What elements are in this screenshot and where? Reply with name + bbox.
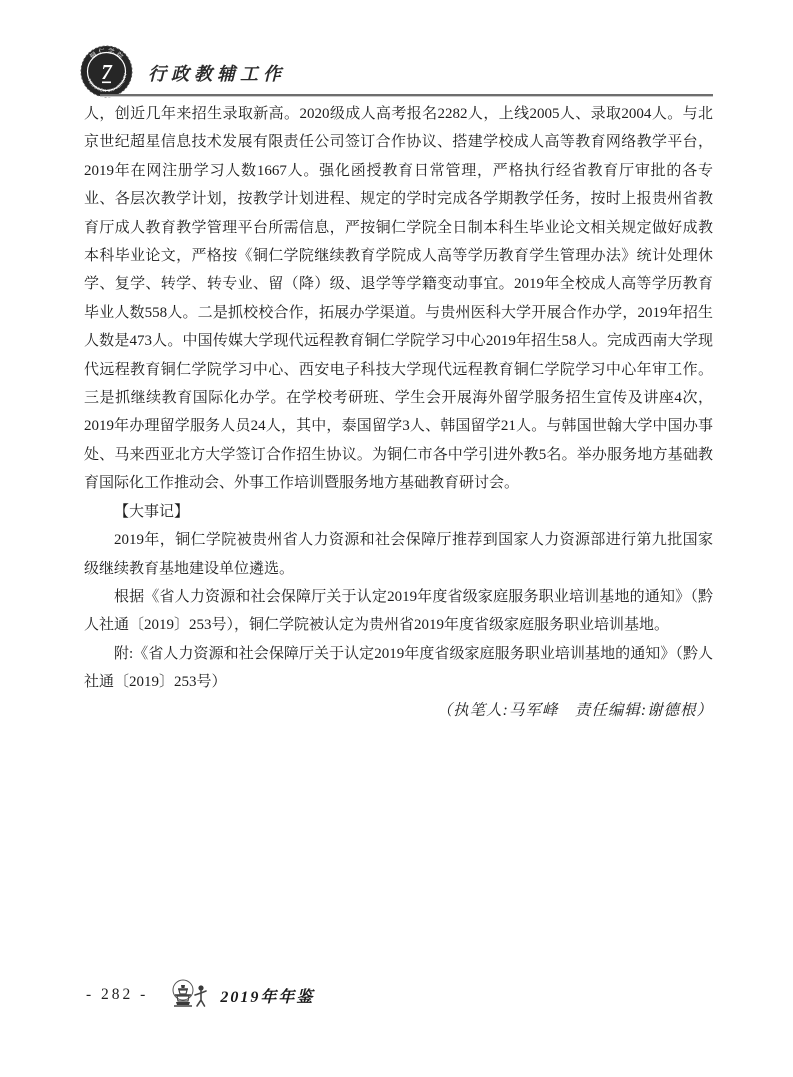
section-heading-major-events: 【大事记】 [84,498,713,526]
section-header-title: 行政教辅工作 [148,60,286,86]
attachment-note: 附:《省人力资源和社会保障厅关于认定2019年度省级家庭服务职业培训基地的通知》… [84,640,713,697]
body-paragraph-continuation: 人，创近几年来招生录取新高。2020级成人高考报名2282人，上线2005人、录… [84,100,713,498]
seal-center-glyph: 7 [101,60,113,84]
university-seal-logo: 铜仁学院 TONGREN UNIVERSITY 7 [80,45,133,98]
yearbook-title: 2019年年鉴 [220,984,314,1007]
event-paragraph-1: 2019年，铜仁学院被贵州省人力资源和社会保障厅推荐到国家人力资源部进行第九批国… [84,526,713,583]
yearbook-page: 铜仁学院 TONGREN UNIVERSITY 7 行政教辅工作 人，创近几年来… [0,0,793,1077]
byline-authors: （执笔人:马军峰 责任编辑:谢德根） [84,697,713,725]
page-number: - 282 - [86,986,148,1004]
event-paragraph-2: 根据《省人力资源和社会保障厅关于认定2019年度省级家庭服务职业培训基地的通知》… [84,583,713,640]
page-body: 人，创近几年来招生录取新高。2020级成人高考报名2282人，上线2005人、录… [84,100,713,725]
header-rule [100,94,713,97]
page-footer: - 282 - 2019年年鉴 [86,980,314,1010]
yearbook-logo-icon [168,978,212,1013]
